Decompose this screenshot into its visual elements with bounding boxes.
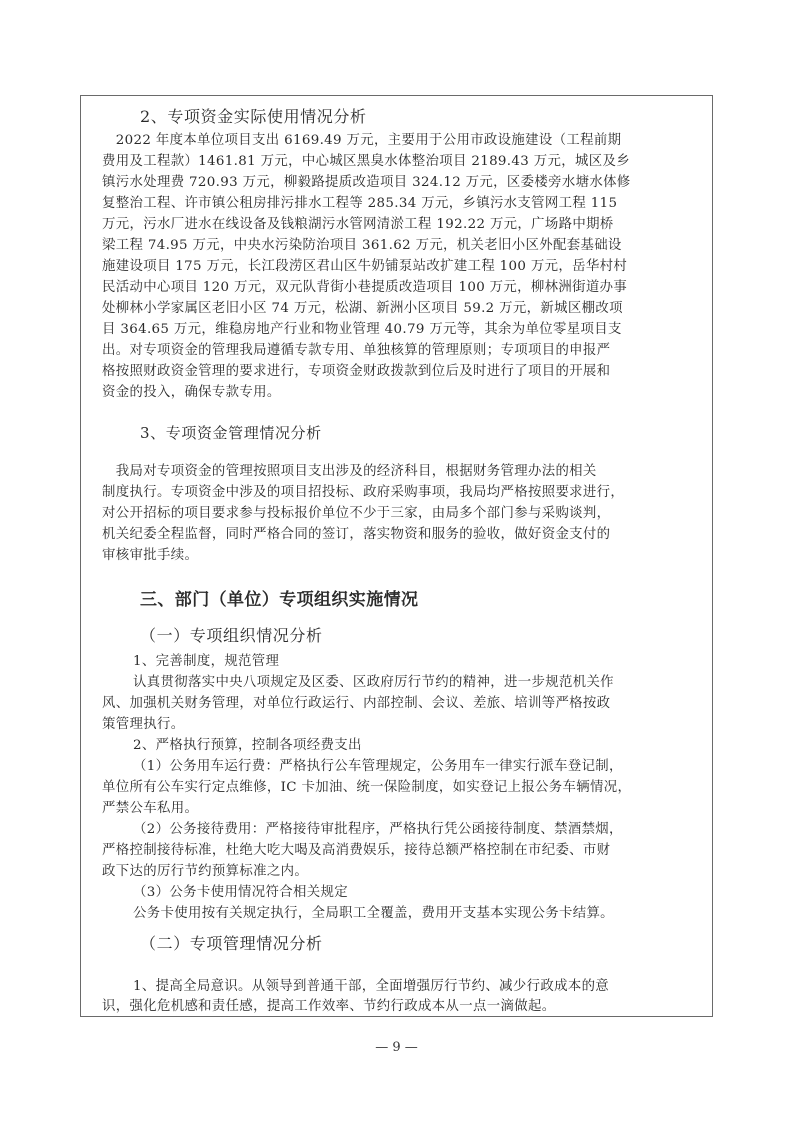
subsection-heading-1: （一）专项组织情况分析 bbox=[140, 626, 323, 646]
paragraph-line: 公务卡使用按有关规定执行，全局职工全覆盖，费用开支基本实现公务卡结算。 bbox=[133, 905, 733, 923]
paragraph-line: （1）公务用车运行费：严格执行公车管理规定，公务用车一律实行派车登记制， bbox=[133, 758, 733, 776]
part-three-heading: 三、部门（单位）专项组织实施情况 bbox=[140, 589, 418, 611]
paragraph-line: 目 364.65 万元，维稳房地产行业和物业管理 40.79 万元等，其余为单位… bbox=[102, 321, 702, 339]
paragraph-line: 制度执行。专项资金中涉及的项目招投标、政府采购事项，我局均严格按照要求进行， bbox=[102, 484, 702, 502]
paragraph-line: 格按照财政资金管理的要求进行，专项资金财政拨款到位后及时进行了项目的开展和 bbox=[102, 363, 702, 381]
paragraph-line: 风、加强机关财务管理，对单位行政运行、内部控制、会议、差旅、培训等严格按政 bbox=[102, 695, 702, 713]
paragraph-line: 我局对专项资金的管理按照项目支出涉及的经济科目，根据财务管理办法的相关 bbox=[102, 463, 702, 481]
paragraph-line: （3）公务卡使用情况符合相关规定 bbox=[133, 884, 733, 902]
paragraph-line: 民活动中心项目 120 万元，双元队背街小巷提质改造项目 100 万元，柳林洲街… bbox=[102, 279, 702, 297]
paragraph-line: 1、完善制度，规范管理 bbox=[133, 653, 733, 671]
paragraph-line: 梁工程 74.95 万元，中央水污染防治项目 361.62 万元，机关老旧小区外… bbox=[102, 237, 702, 255]
paragraph-line: 资金的投入，确保专款专用。 bbox=[102, 384, 702, 402]
paragraph-line: 施建设项目 175 万元，长江段涝区君山区牛奶铺泵站改扩建工程 100 万元，岳… bbox=[102, 258, 702, 276]
section-heading-3: 3、专项资金管理情况分析 bbox=[140, 423, 322, 443]
paragraph-line: 严禁公车私用。 bbox=[102, 800, 702, 818]
paragraph-line: 2、严格执行预算，控制各项经费支出 bbox=[133, 737, 733, 755]
paragraph-line: 1、提高全局意识。从领导到普通干部，全面增强厉行节约、减少行政成本的意 bbox=[133, 978, 733, 996]
section-heading-2: 2、专项资金实际使用情况分析 bbox=[140, 107, 367, 127]
paragraph-line: 2022 年度本单位项目支出 6169.49 万元，主要用于公用市政设施建设（工… bbox=[102, 132, 702, 150]
page-number: — 9 — bbox=[0, 1040, 793, 1055]
subsection-heading-2: （二）专项管理情况分析 bbox=[140, 934, 323, 954]
paragraph-line: 镇污水处理费 720.93 万元，柳毅路提质改造项目 324.12 万元，区委楼… bbox=[102, 174, 702, 192]
paragraph-line: （2）公务接待费用：严格接待审批程序，严格执行凭公函接待制度、禁酒禁烟， bbox=[133, 821, 733, 839]
paragraph-line: 万元，污水厂进水在线设备及钱粮湖污水管网清淤工程 192.22 万元，广场路中期… bbox=[102, 216, 702, 234]
paragraph-line: 识，强化危机感和责任感，提高工作效率、节约行政成本从一点一滴做起。 bbox=[102, 998, 702, 1016]
paragraph-line: 单位所有公车实行定点维修，IC 卡加油、统一保险制度，如实登记上报公务车辆情况， bbox=[102, 779, 702, 797]
paragraph-line: 审核审批手续。 bbox=[102, 547, 702, 565]
paragraph-line: 严格控制接待标准，杜绝大吃大喝及高消费娱乐，接待总额严格控制在市纪委、市财 bbox=[102, 842, 702, 860]
paragraph-line: 对公开招标的项目要求参与投标报价单位不少于三家，由局多个部门参与采购谈判， bbox=[102, 505, 702, 523]
paragraph-line: 出。对专项资金的管理我局遵循专款专用、单独核算的管理原则；专项项目的申报严 bbox=[102, 342, 702, 360]
paragraph-line: 策管理执行。 bbox=[102, 716, 702, 734]
paragraph-line: 机关纪委全程监督，同时严格合同的签订，落实物资和服务的验收，做好资金支付的 bbox=[102, 526, 702, 544]
paragraph-line: 复整治工程、许市镇公租房排污排水工程等 285.34 万元，乡镇污水支管网工程 … bbox=[102, 195, 702, 213]
paragraph-line: 处柳林小学家属区老旧小区 74 万元，松湖、新洲小区项目 59.2 万元，新城区… bbox=[102, 300, 702, 318]
paragraph-line: 费用及工程款）1461.81 万元，中心城区黑臭水体整治项目 2189.43 万… bbox=[102, 153, 702, 171]
paragraph-line: 认真贯彻落实中央八项规定及区委、区政府厉行节约的精神，进一步规范机关作 bbox=[133, 674, 733, 692]
paragraph-line: 政下达的厉行节约预算标准之内。 bbox=[102, 863, 702, 881]
